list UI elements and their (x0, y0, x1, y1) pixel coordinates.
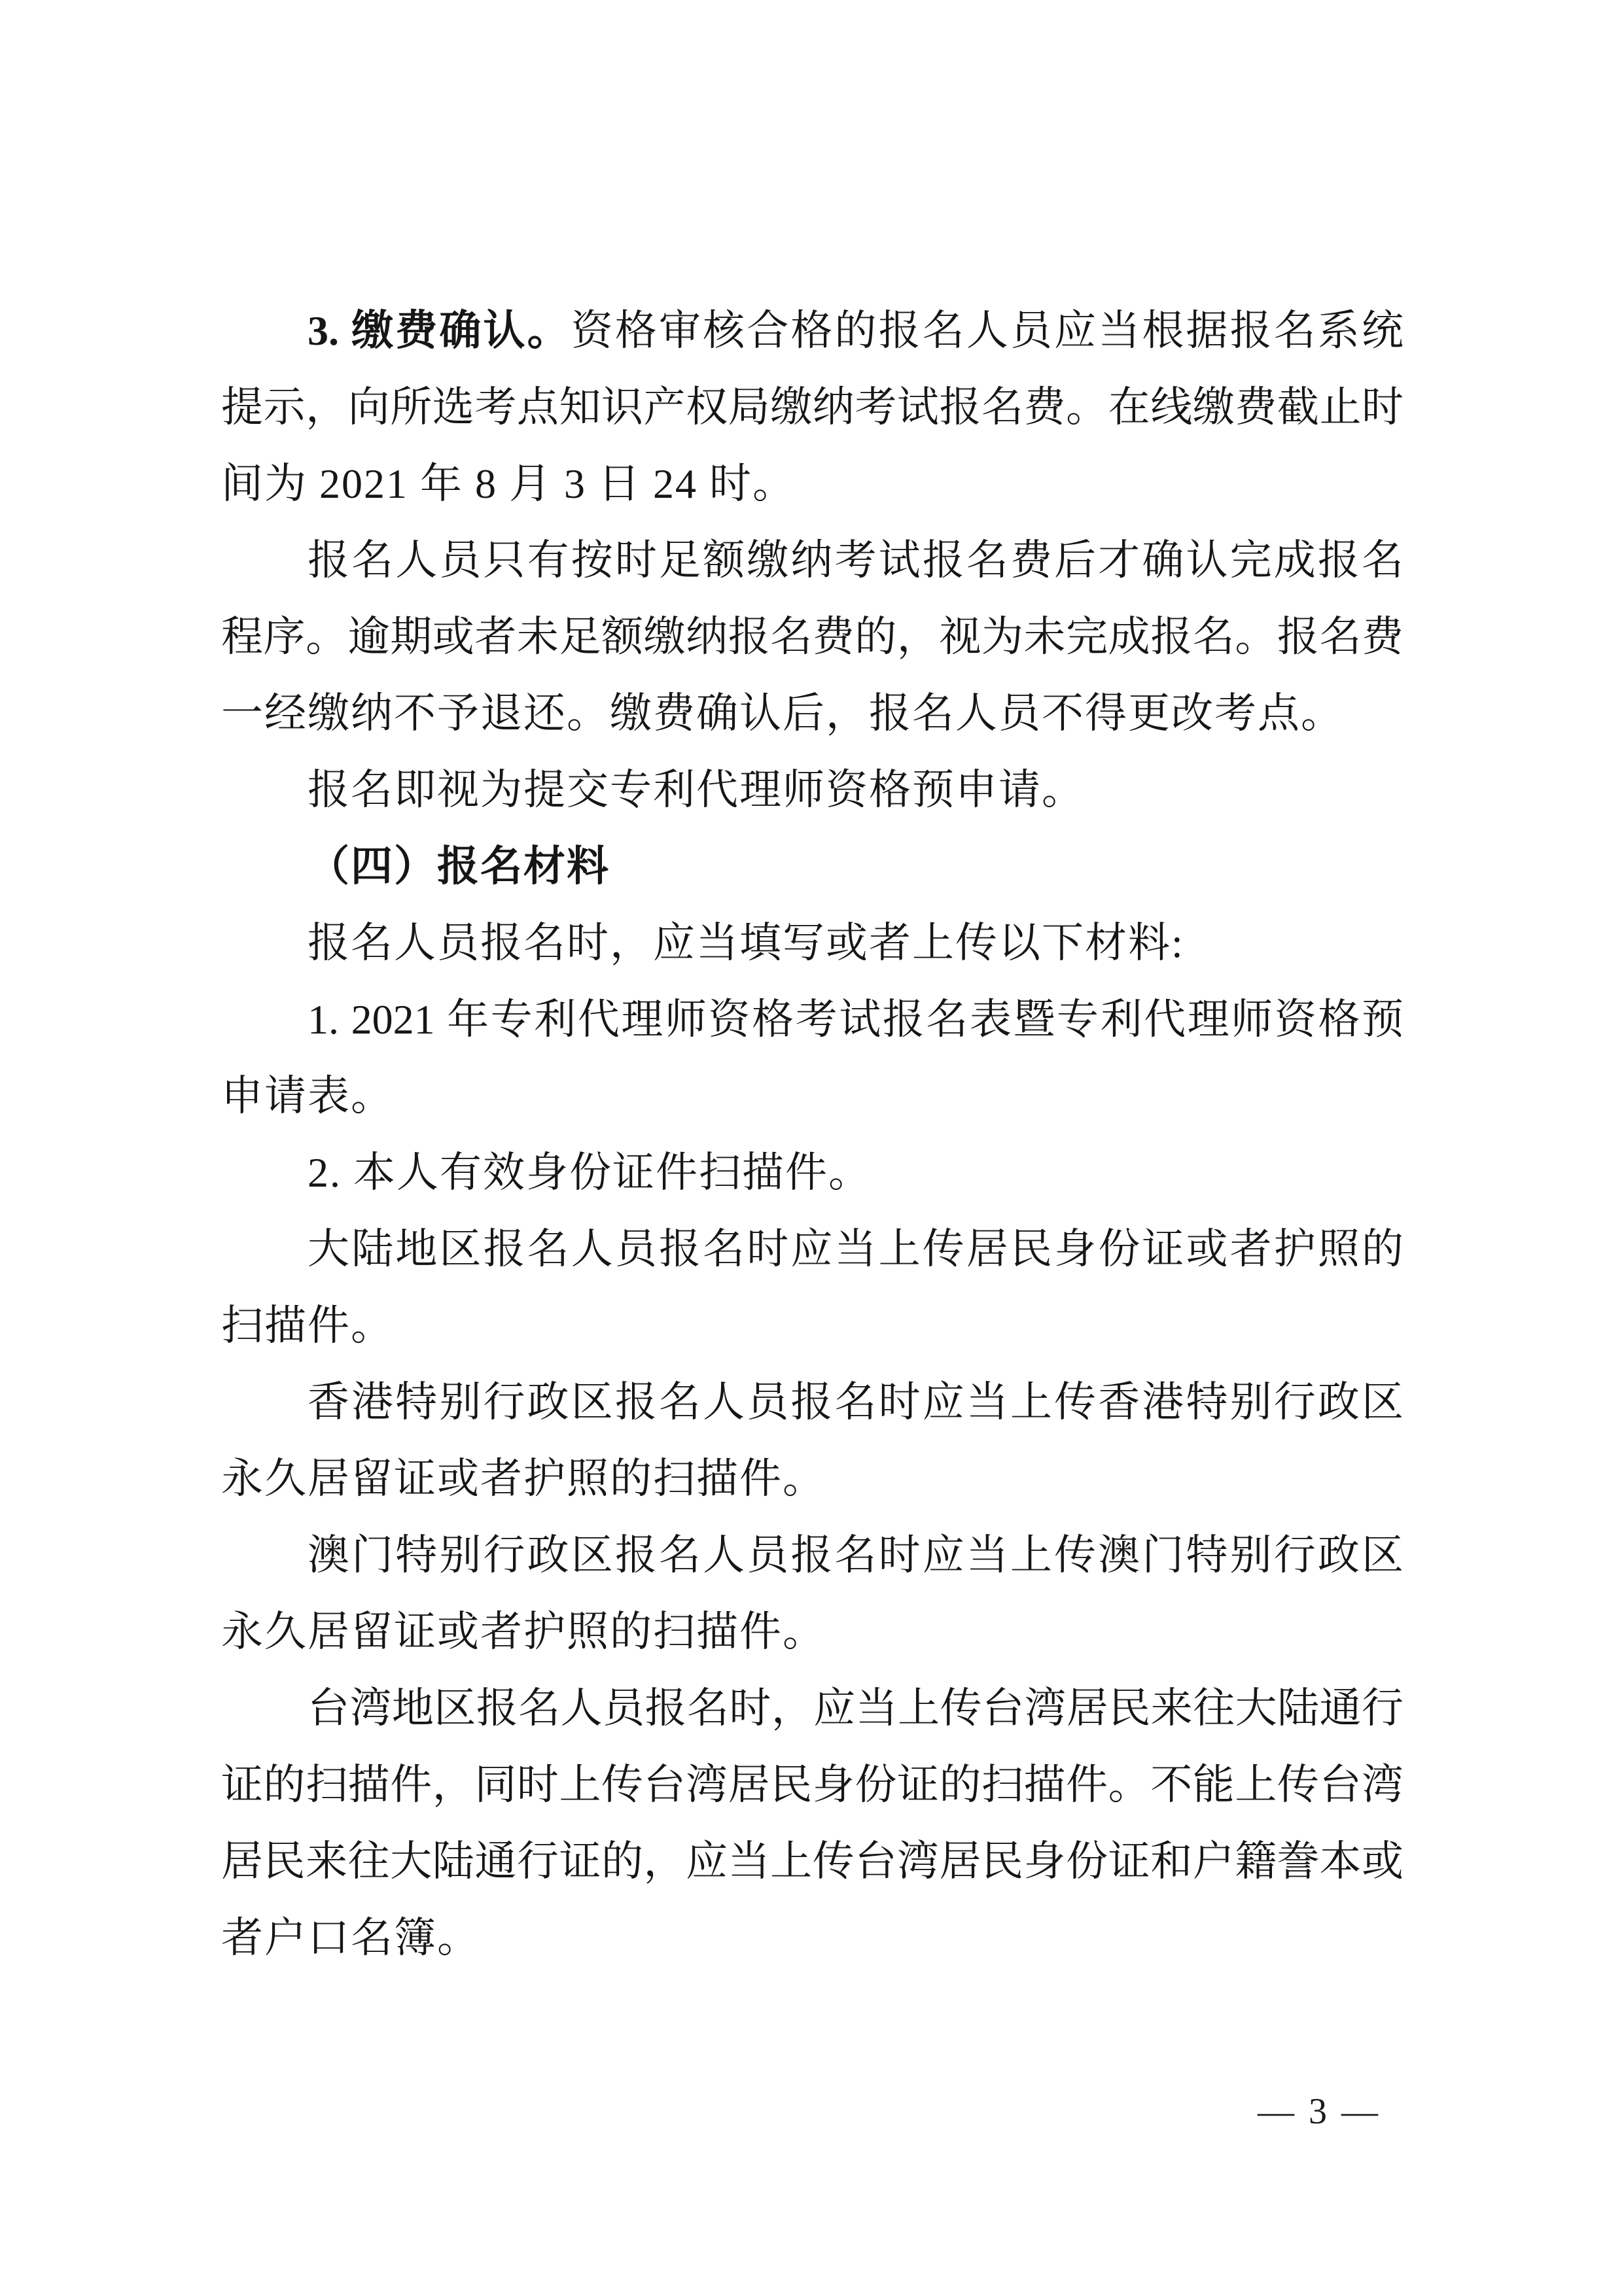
text-line: 大陆地区报名人员报名时应当上传居民身份证或者护照的 (221, 1211, 1403, 1287)
text-segment: 间为 2021 年 8 月 3 日 24 时。 (221, 461, 796, 507)
text-line: 3. 缴费确认。资格审核合格的报名人员应当根据报名系统 (221, 292, 1403, 369)
text-segment: 居民来往大陆通行证的，应当上传台湾居民身份证和户籍誊本或 (221, 1838, 1403, 1885)
text-segment: 台湾地区报名人员报名时，应当上传台湾居民来往大陆通行 (308, 1685, 1403, 1731)
bold-text-segment: （四）报名材料 (308, 843, 610, 890)
text-line: 提示，向所选考点知识产权局缴纳考试报名费。在线缴费截止时 (221, 369, 1403, 445)
text-segment: 澳门特别行政区报名人员报名时应当上传澳门特别行政区 (308, 1532, 1403, 1578)
text-line: 报名人员报名时，应当填写或者上传以下材料: (221, 905, 1403, 981)
text-line: 1. 2021 年专利代理师资格考试报名表暨专利代理师资格预 (221, 981, 1403, 1058)
text-segment: 报名人员只有按时足额缴纳考试报名费后才确认完成报名 (308, 537, 1403, 583)
text-line: 澳门特别行政区报名人员报名时应当上传澳门特别行政区 (221, 1517, 1403, 1593)
bold-text-segment: 3. 缴费确认。 (308, 307, 571, 354)
text-line: 永久居留证或者护照的扫描件。 (221, 1593, 1403, 1670)
text-line: 申请表。 (221, 1058, 1403, 1134)
text-segment: 一经缴纳不予退还。缴费确认后，报名人员不得更改考点。 (221, 690, 1344, 737)
text-line: 证的扫描件，同时上传台湾居民身份证的扫描件。不能上传台湾 (221, 1747, 1403, 1823)
text-line: 香港特别行政区报名人员报名时应当上传香港特别行政区 (221, 1364, 1403, 1440)
text-line: 报名人员只有按时足额缴纳考试报名费后才确认完成报名 (221, 522, 1403, 599)
text-line: 者户口名簿。 (221, 1900, 1403, 1976)
text-line: （四）报名材料 (221, 828, 1403, 905)
text-line: 台湾地区报名人员报名时，应当上传台湾居民来往大陆通行 (221, 1670, 1403, 1747)
document-page: 3. 缴费确认。资格审核合格的报名人员应当根据报名系统提示，向所选考点知识产权局… (0, 0, 1624, 2296)
document-text-block: 3. 缴费确认。资格审核合格的报名人员应当根据报名系统提示，向所选考点知识产权局… (221, 292, 1403, 1976)
text-line: 2. 本人有效身份证件扫描件。 (221, 1134, 1403, 1211)
text-segment: 者户口名簿。 (221, 1915, 480, 1961)
text-line: 扫描件。 (221, 1287, 1403, 1364)
text-line: 间为 2021 年 8 月 3 日 24 时。 (221, 445, 1403, 522)
text-segment: 大陆地区报名人员报名时应当上传居民身份证或者护照的 (308, 1226, 1403, 1272)
text-segment: 报名人员报名时，应当填写或者上传以下材料: (308, 920, 1184, 966)
text-segment: 1. 2021 年专利代理师资格考试报名表暨专利代理师资格预 (308, 996, 1403, 1043)
page-footer: — 3 — (1258, 2091, 1381, 2132)
text-segment: 扫描件。 (221, 1302, 394, 1349)
text-segment: 永久居留证或者护照的扫描件。 (221, 1609, 826, 1655)
text-segment: 2. 本人有效身份证件扫描件。 (308, 1149, 872, 1196)
text-segment: 证的扫描件，同时上传台湾居民身份证的扫描件。不能上传台湾 (221, 1762, 1403, 1808)
text-segment: 资格审核合格的报名人员应当根据报名系统 (571, 307, 1403, 354)
text-segment: 香港特别行政区报名人员报名时应当上传香港特别行政区 (308, 1379, 1403, 1425)
text-line: 一经缴纳不予退还。缴费确认后，报名人员不得更改考点。 (221, 675, 1403, 752)
text-segment: 申请表。 (221, 1073, 394, 1119)
text-segment: 提示，向所选考点知识产权局缴纳考试报名费。在线缴费截止时 (221, 384, 1403, 430)
text-line: 永久居留证或者护照的扫描件。 (221, 1440, 1403, 1517)
text-segment: 报名即视为提交专利代理师资格预申请。 (308, 767, 1085, 813)
text-line: 程序。逾期或者未足额缴纳报名费的，视为未完成报名。报名费 (221, 599, 1403, 675)
text-line: 报名即视为提交专利代理师资格预申请。 (221, 752, 1403, 828)
page-number: — 3 — (1258, 2091, 1381, 2132)
text-segment: 程序。逾期或者未足额缴纳报名费的，视为未完成报名。报名费 (221, 614, 1403, 660)
text-line: 居民来往大陆通行证的，应当上传台湾居民身份证和户籍誊本或 (221, 1823, 1403, 1900)
text-segment: 永久居留证或者护照的扫描件。 (221, 1455, 826, 1502)
